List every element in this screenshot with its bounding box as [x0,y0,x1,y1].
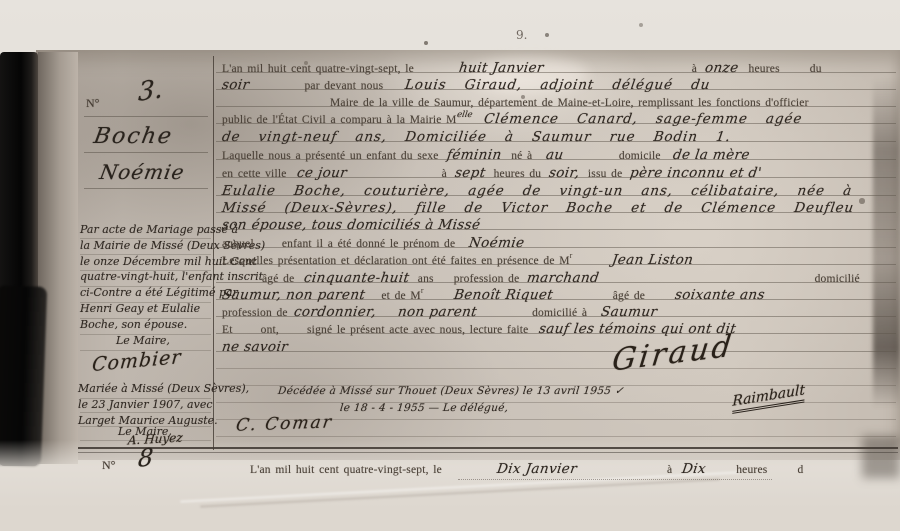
printed-form-text: et de M [381,290,421,302]
act-line: Etont,signé le présent acte avec nous, l… [222,320,736,338]
printed-form-text: par devant nous [304,80,383,92]
ruled-line [216,368,896,369]
handwritten-text: onze [704,60,740,76]
handwritten-text: soir [221,77,251,93]
margin-note-line: le 23 Janvier 1907, avec [78,397,238,413]
printed-form-text: profession de [222,307,288,319]
margin-note-line: Henri Geay et Eulalie [80,301,220,317]
printed-form-text: du [810,63,822,75]
handwritten-text: de vingt-neuf ans, Domiciliée à Saumur r… [221,129,732,145]
act-line: profession decordonnier,non parentdomici… [222,303,658,321]
printed-form-text: L'an mil huit cent quatre-vingt-sept, le [222,63,414,75]
printed-form-text: à [667,464,672,476]
printed-form-text: enfant il a été donné le prénom de [282,238,455,250]
handwritten-text: huit Janvier [458,60,545,76]
margin-note-line: ci-Contre a été Légitimé par [80,285,220,301]
act-line: auquelenfant il a été donné le prénom de… [222,234,525,252]
margin-note-line: quatre-vingt-huit, l'enfant inscrit [80,269,220,285]
handwritten-text: son épouse, tous domiciliés à Missé [221,217,482,233]
page-number-mark: 9. [516,28,527,42]
act-number-label: N° [86,96,99,111]
margin-note-line: Boche, son épouse. [80,317,220,333]
act-line: Maire de la ville de Saumur, département… [222,93,809,111]
handwritten-text: Benoît Riquet [452,287,553,303]
ink-speckles [0,0,2,2]
printed-form-text: né à [511,150,532,162]
act-line: Saumur, non parentet de MrBenoît Riquetâ… [222,286,765,304]
printed-form-text: public de l'État Civil a comparu à la Ma… [222,114,457,126]
handwritten-text: sept [454,165,487,181]
act-line: L'an mil huit cent quatre-vingt-sept, le… [222,59,822,77]
next-act-number-label: N° [102,458,115,473]
margin-note-legitimation: Par acte de Mariage passé àla Mairie de … [80,222,220,333]
register-page-photo: 9. N° 3. Boche Noémie Par acte de Mariag… [0,0,900,531]
printed-form-text: profession de [454,273,520,285]
printed-form-text: signé le présent acte avec nous, lecture… [307,324,529,336]
printed-form-text: Maire de la ville de Saumur, département… [330,97,809,109]
handwritten-text: père inconnu et d' [629,165,763,181]
margin-note-line: Par acte de Mariage passé à [80,222,220,238]
printed-form-text: heures du [494,168,542,180]
act-line: de vingt-neuf ans, Domiciliée à Saumur r… [222,128,731,146]
handwritten-text: non parent [397,304,478,320]
handwritten-text: soir, [548,165,581,181]
printed-form-text: domicilié à [532,307,587,319]
handwritten-text: au [545,147,565,163]
act-line: Lesquelles présentation et déclaration o… [222,251,694,269]
printed-form-text: heures [736,464,767,476]
printed-form-text: à [692,63,697,75]
handwritten-text: Clémence Canard, sage-femme agée [483,111,804,127]
handwritten-text: cordonnier, [293,304,378,320]
printed-form-text: en cette ville [222,168,287,180]
act-line: ne savoir [222,338,288,356]
scan-smudge-bottom-right [862,436,900,478]
printed-form-text: r [570,251,573,260]
handwritten-text: ce jour [295,165,347,181]
ruled-line [84,152,208,153]
printed-form-text: âgé de [613,290,645,302]
handwritten-text: Missé (Deux-Sèvres), fille de Victor Boc… [221,200,855,216]
ruled-line [84,188,208,189]
printed-form-text: ont, [261,324,279,336]
margin-note-marriage: Mariée à Missé (Deux Sèvres),le 23 Janvi… [78,381,238,428]
printed-form-text: d [797,464,803,476]
next-act-first-line: L'an mil huit cent quatre-vingt-sept, le… [250,460,803,478]
act-line: public de l'État Civil a comparu à la Ma… [222,110,802,128]
printed-form-text: auquel [222,238,254,250]
printed-form-text: domicile [619,150,661,162]
act-line: son épouse, tous domiciliés à Missé [222,216,480,234]
ruled-line [84,116,208,117]
margin-note-line: le onze Décembre mil huit Cent [80,254,220,270]
handwritten-text: féminin [445,147,502,163]
death-annotation: Décédée à Missé sur Thouet (Deux Sèvres)… [278,381,624,399]
act-line: en cette villece jouràseptheures dusoir,… [222,164,762,182]
printed-form-text: domicilié [815,273,860,285]
ruled-line [216,351,896,352]
handwritten-text: Dix [681,461,707,477]
handwritten-text: soixante ans [674,287,766,303]
margin-note-line: la Mairie de Missé (Deux Sèvres) [80,238,220,254]
act-number-value: 3. [138,74,164,108]
signature-official-left: C. Comar [235,412,335,435]
margin-surname: Boche [92,124,175,149]
handwritten-text: ne savoir [221,339,289,355]
margin-note1-maire-label: Le Maire, [116,333,170,349]
printed-form-text: Lesquelles présentation et déclaration o… [222,255,570,267]
handwritten-text: Louis Giraud, adjoint délégué du [404,77,712,93]
act-line: âgé decinquante-huitansprofession demarc… [222,269,860,287]
death-annotation-date: le 18 - 4 - 1955 — Le délégué, [340,398,508,416]
act-line: Laquelle nous a présenté un enfant du se… [222,146,750,164]
scan-smudge-right [873,78,900,408]
handwritten-text: cinquante-huit [303,270,411,286]
handwritten-text: marchand [526,270,600,286]
handwritten-text: Dix Janvier [496,461,578,477]
signature-maire-note2: A. Huyez [127,431,183,448]
printed-form-text: Laquelle nous a présenté un enfant du se… [222,150,439,162]
printed-form-text: âgé de [262,273,294,285]
form-bottom-rule [78,452,898,453]
printed-form-text: Et [222,324,233,336]
handwritten-text: Saumur, non parent [221,287,367,303]
handwritten-text: Décédée à Missé sur Thouet (Deux Sèvres)… [277,385,624,397]
printed-form-text: r [421,286,424,295]
printed-form-text: issu de [588,168,623,180]
margin-note-line: Mariée à Missé (Deux Sèvres), [78,381,238,397]
form-bottom-rule [78,447,898,449]
act-line: Missé (Deux-Sèvres), fille de Victor Boc… [222,199,854,217]
handwritten-text: Eulalie Boche, couturière, agée de vingt… [221,183,853,199]
handwritten-text: elle [456,110,473,120]
handwritten-text: Saumur [600,304,659,320]
page-edge [38,52,78,464]
handwritten-text: le 18 - 4 - 1955 — Le délégué, [339,402,509,414]
printed-form-text: L'an mil huit cent quatre-vingt-sept, le [250,464,442,476]
margin-firstname: Noémie [98,160,187,184]
printed-form-text: heures [749,63,780,75]
act-line: soirpar devant nousLouis Giraud, adjoint… [222,76,711,94]
handwritten-text: Jean Liston [611,252,695,268]
printed-form-text: à [442,168,447,180]
ruled-line [216,436,896,437]
printed-form-text: ans [418,273,434,285]
footer-blank-rule [458,479,772,480]
handwritten-text: de la mère [672,147,751,163]
next-act-number-value: 8 [137,443,154,473]
act-line: Eulalie Boche, couturière, agée de vingt… [222,182,852,200]
handwritten-text: Noémie [468,235,526,251]
